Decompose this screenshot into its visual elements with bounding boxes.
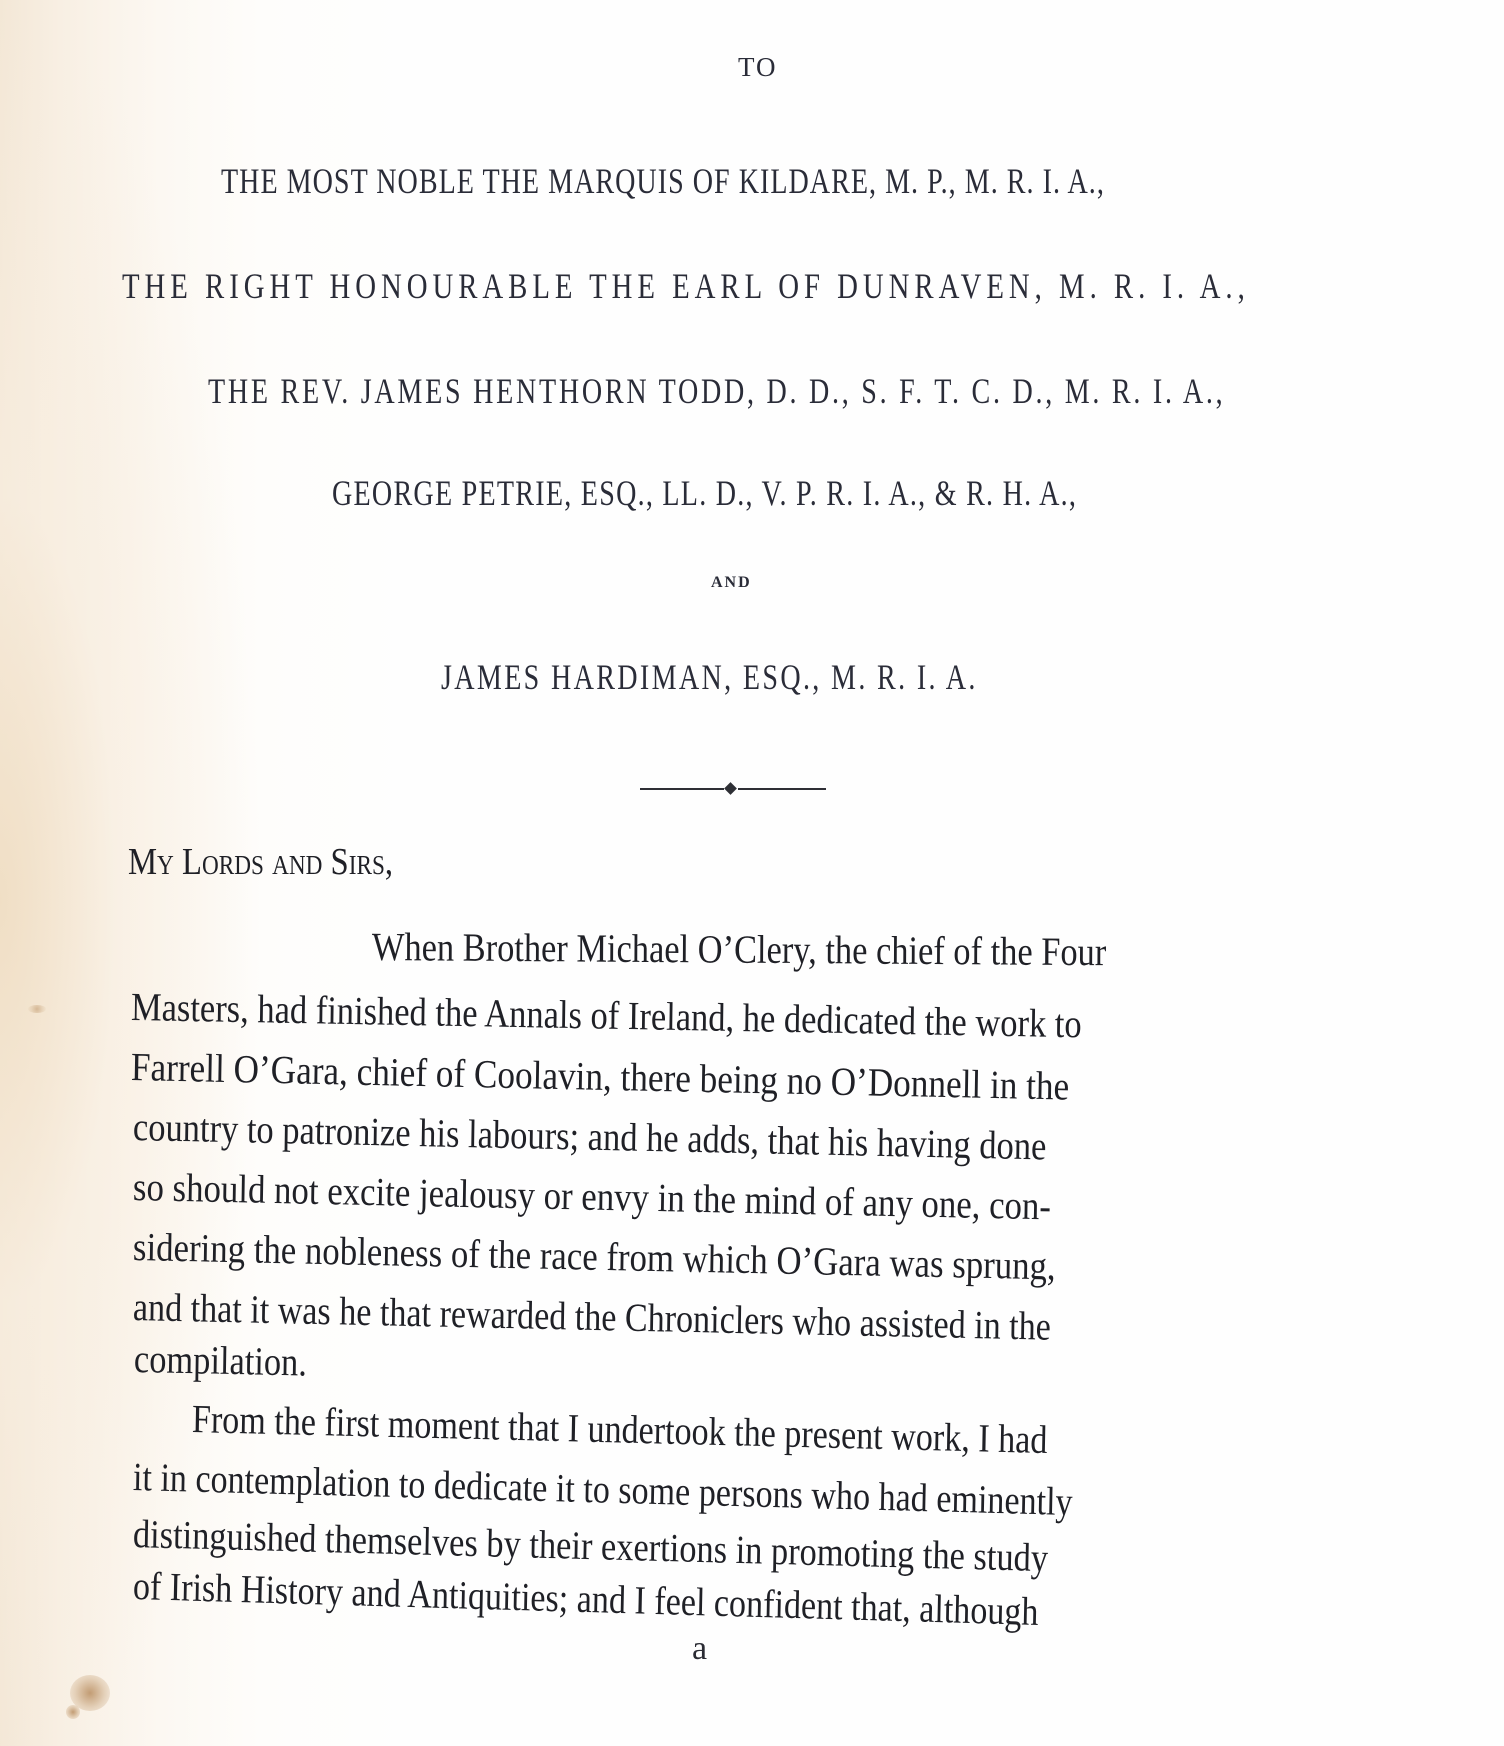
dedication-heading-to: TO xyxy=(738,52,778,83)
dedicatee-todd: THE REV. JAMES HENTHORN TODD, D. D., S. … xyxy=(208,370,1225,412)
paragraph-1-line-2: Masters, had finished the Annals of Irel… xyxy=(131,983,1082,1047)
dedicatee-kildare: THE MOST NOBLE THE MARQUIS OF KILDARE, M… xyxy=(221,160,1105,202)
salutation: My Lords and Sirs, xyxy=(128,840,393,884)
paragraph-1-line-3: Farrell O’Gara, chief of Coolavin, there… xyxy=(131,1043,1070,1110)
foxing-stain xyxy=(66,1705,80,1719)
dedicatee-dunraven: THE RIGHT HONOURABLE THE EARL OF DUNRAVE… xyxy=(122,265,1250,307)
paragraph-1-line-5: so should not excite jealousy or envy in… xyxy=(133,1163,1052,1229)
paragraph-1-line-6: sidering the nobleness of the race from … xyxy=(133,1223,1056,1289)
paragraph-1-line-4: country to patronize his labours; and he… xyxy=(133,1103,1047,1169)
paragraph-1-line-8: compilation. xyxy=(134,1335,308,1386)
foxing-stain xyxy=(28,1005,46,1013)
paragraph-1-line-1: When Brother Michael O’Clery, the chief … xyxy=(372,923,1106,975)
ornamental-rule xyxy=(640,782,826,796)
paragraph-2-line-1: From the first moment that I undertook t… xyxy=(192,1395,1048,1463)
dedicatee-petrie: GEORGE PETRIE, ESQ., LL. D., V. P. R. I.… xyxy=(332,472,1077,514)
dedicatee-hardiman: JAMES HARDIMAN, ESQ., M. R. I. A. xyxy=(441,656,978,698)
diamond-icon xyxy=(724,782,737,795)
conjunction-and: AND xyxy=(711,574,752,592)
signature-mark: a xyxy=(692,1630,707,1668)
book-page: TO THE MOST NOBLE THE MARQUIS OF KILDARE… xyxy=(0,0,1504,1746)
ornament-rule-right xyxy=(738,788,826,790)
ornament-rule-left xyxy=(640,788,724,790)
